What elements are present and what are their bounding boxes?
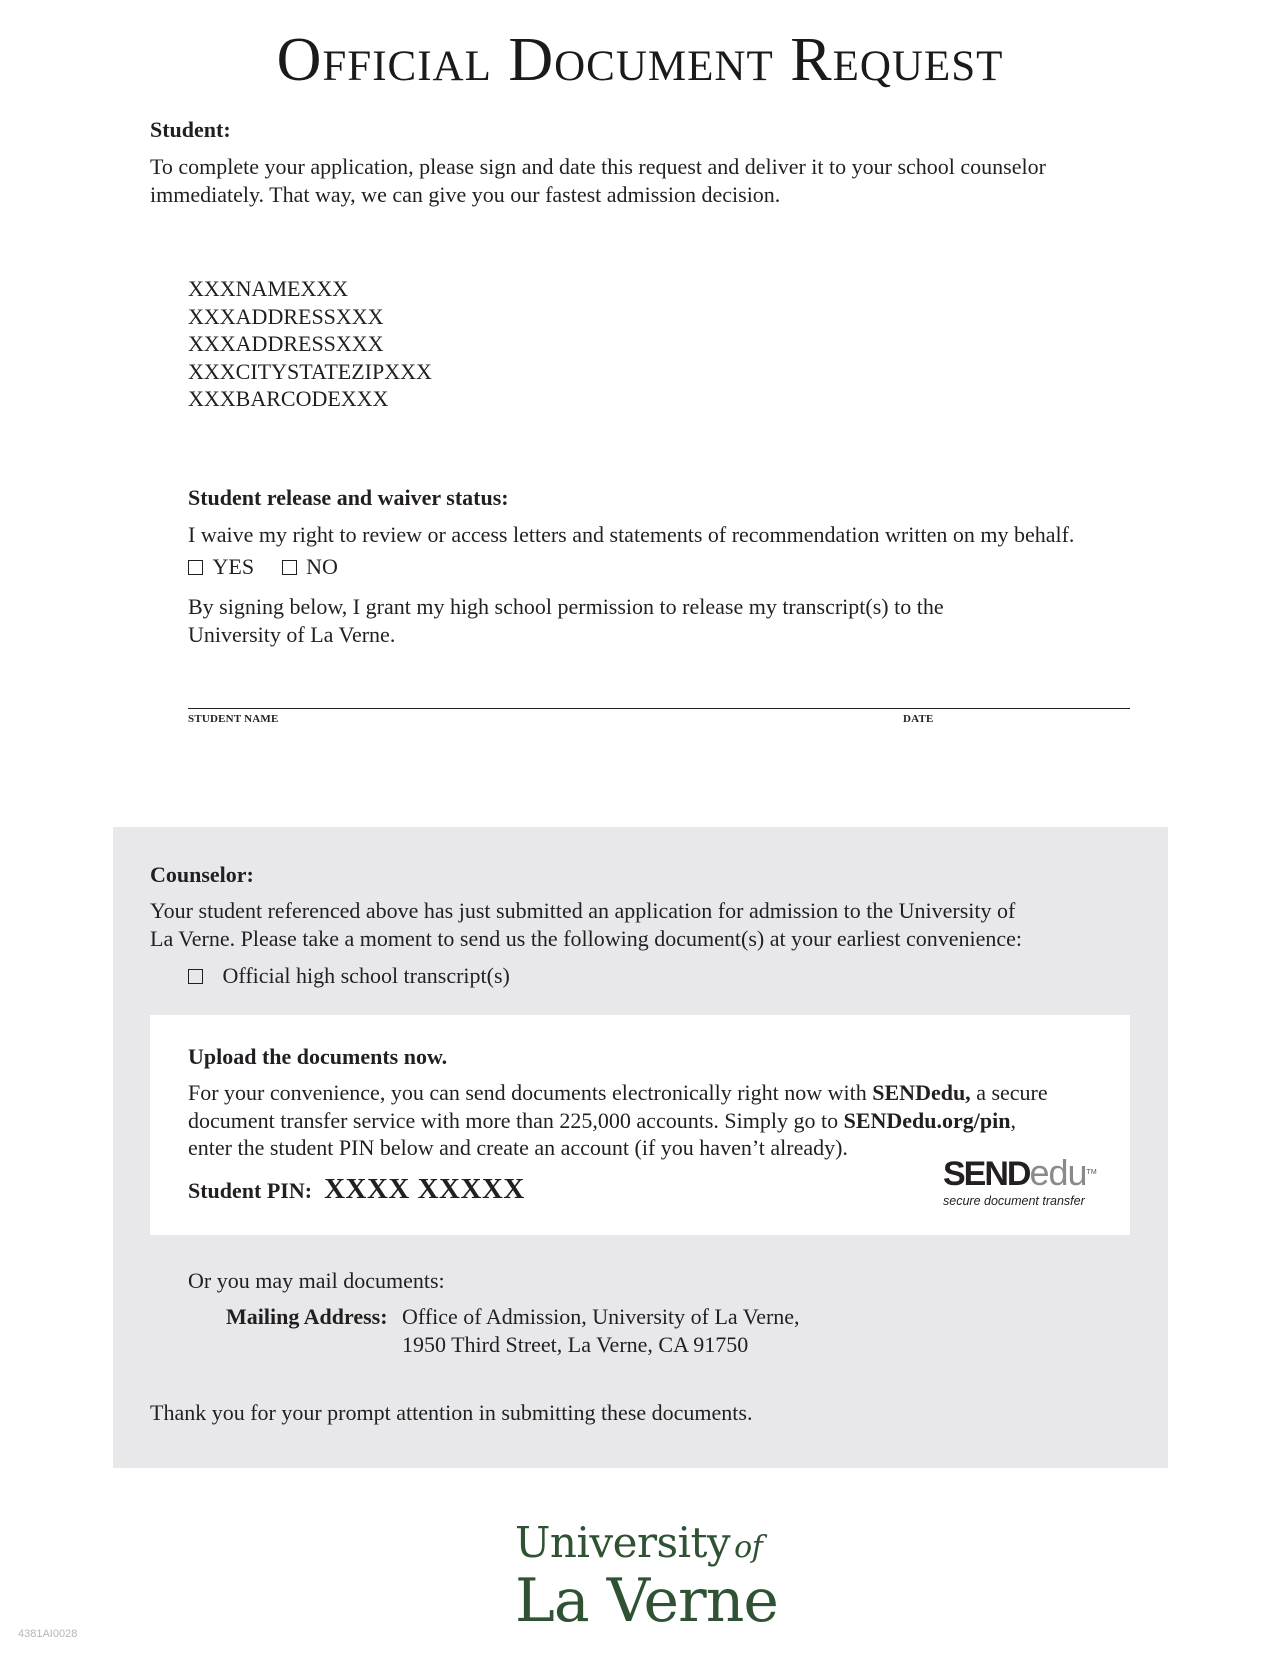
waiver-heading: Student release and waiver status: xyxy=(188,484,509,512)
logo-la-verne-text: La Verne xyxy=(515,1571,778,1631)
yes-label: YES xyxy=(213,554,255,579)
mailing-address-label: Mailing Address: xyxy=(226,1303,388,1331)
page-title: Official Document Request xyxy=(0,24,1280,96)
waiver-options: YES NO xyxy=(188,553,338,581)
upload-line1-text: For your convenience, you can send docum… xyxy=(188,1080,872,1105)
logo-tagline: secure document transfer xyxy=(943,1194,1103,1208)
signature-line[interactable] xyxy=(188,708,1130,709)
logo-of-text: of xyxy=(734,1530,762,1565)
upload-line1: For your convenience, you can send docum… xyxy=(188,1079,1048,1107)
address-name: XXXNAMEXXX xyxy=(188,275,432,303)
address-city-state-zip: XXXCITYSTATEZIPXXX xyxy=(188,358,432,386)
student-heading: Student: xyxy=(150,116,231,144)
address-line-2: XXXADDRESSXXX xyxy=(188,330,432,358)
release-line2: University of La Verne. xyxy=(188,621,395,649)
sendedu-name: SENDedu, xyxy=(872,1080,970,1105)
transcript-checkbox[interactable] xyxy=(188,969,203,984)
pin-value: XXXX XXXXX xyxy=(324,1173,525,1205)
upload-line2-text: document transfer service with more than… xyxy=(188,1108,844,1133)
upload-line2-tail: , xyxy=(1010,1108,1016,1133)
address-barcode: XXXBARCODEXXX xyxy=(188,385,432,413)
release-line1: By signing below, I grant my high school… xyxy=(188,593,944,621)
document-item-transcript[interactable]: Official high school transcript(s) xyxy=(188,962,510,990)
mailing-address-line1: Office of Admission, University of La Ve… xyxy=(402,1303,800,1331)
thank-you-note: Thank you for your prompt attention in s… xyxy=(150,1399,752,1427)
university-logo: Universityof La Verne xyxy=(515,1520,778,1631)
upload-heading: Upload the documents now. xyxy=(188,1043,447,1071)
counselor-body-line2: La Verne. Please take a moment to send u… xyxy=(150,925,1022,953)
form-code: 4381AI0028 xyxy=(18,1628,77,1640)
student-instructions-line1: To complete your application, please sig… xyxy=(150,153,1046,181)
upload-line2: document transfer service with more than… xyxy=(188,1107,1016,1135)
logo-university-text: University xyxy=(515,1518,730,1567)
date-label: DATE xyxy=(903,713,934,725)
mail-intro: Or you may mail documents: xyxy=(188,1267,445,1295)
student-name-label: STUDENT NAME xyxy=(188,713,279,725)
mailing-address-line2: 1950 Third Street, La Verne, CA 91750 xyxy=(402,1331,748,1359)
yes-checkbox[interactable] xyxy=(188,560,203,575)
upload-line3: enter the student PIN below and create a… xyxy=(188,1134,848,1162)
waiver-no-option[interactable]: NO xyxy=(282,554,338,579)
address-block: XXXNAMEXXX XXXADDRESSXXX XXXADDRESSXXX X… xyxy=(188,275,432,413)
transcript-label: Official high school transcript(s) xyxy=(223,963,510,988)
waiver-yes-option[interactable]: YES xyxy=(188,554,260,579)
student-pin: Student PIN: XXXX XXXXX xyxy=(188,1173,525,1206)
no-checkbox[interactable] xyxy=(282,560,297,575)
address-line-1: XXXADDRESSXXX xyxy=(188,303,432,331)
no-label: NO xyxy=(306,554,338,579)
upload-line1-tail: a secure xyxy=(971,1080,1048,1105)
waiver-statement: I waive my right to review or access let… xyxy=(188,521,1074,549)
logo-send-text: SEND xyxy=(943,1155,1029,1193)
counselor-body-line1: Your student referenced above has just s… xyxy=(150,897,1015,925)
pin-label: Student PIN: xyxy=(188,1178,312,1203)
counselor-heading: Counselor: xyxy=(150,861,254,889)
student-instructions-line2: immediately. That way, we can give you o… xyxy=(150,181,780,209)
logo-trademark: TM xyxy=(1087,1169,1097,1176)
sendedu-pin-link[interactable]: SENDedu.org/pin xyxy=(844,1108,1011,1133)
sendedu-logo: SENDeduTM secure document transfer xyxy=(943,1156,1103,1208)
logo-edu-text: edu xyxy=(1029,1152,1086,1193)
